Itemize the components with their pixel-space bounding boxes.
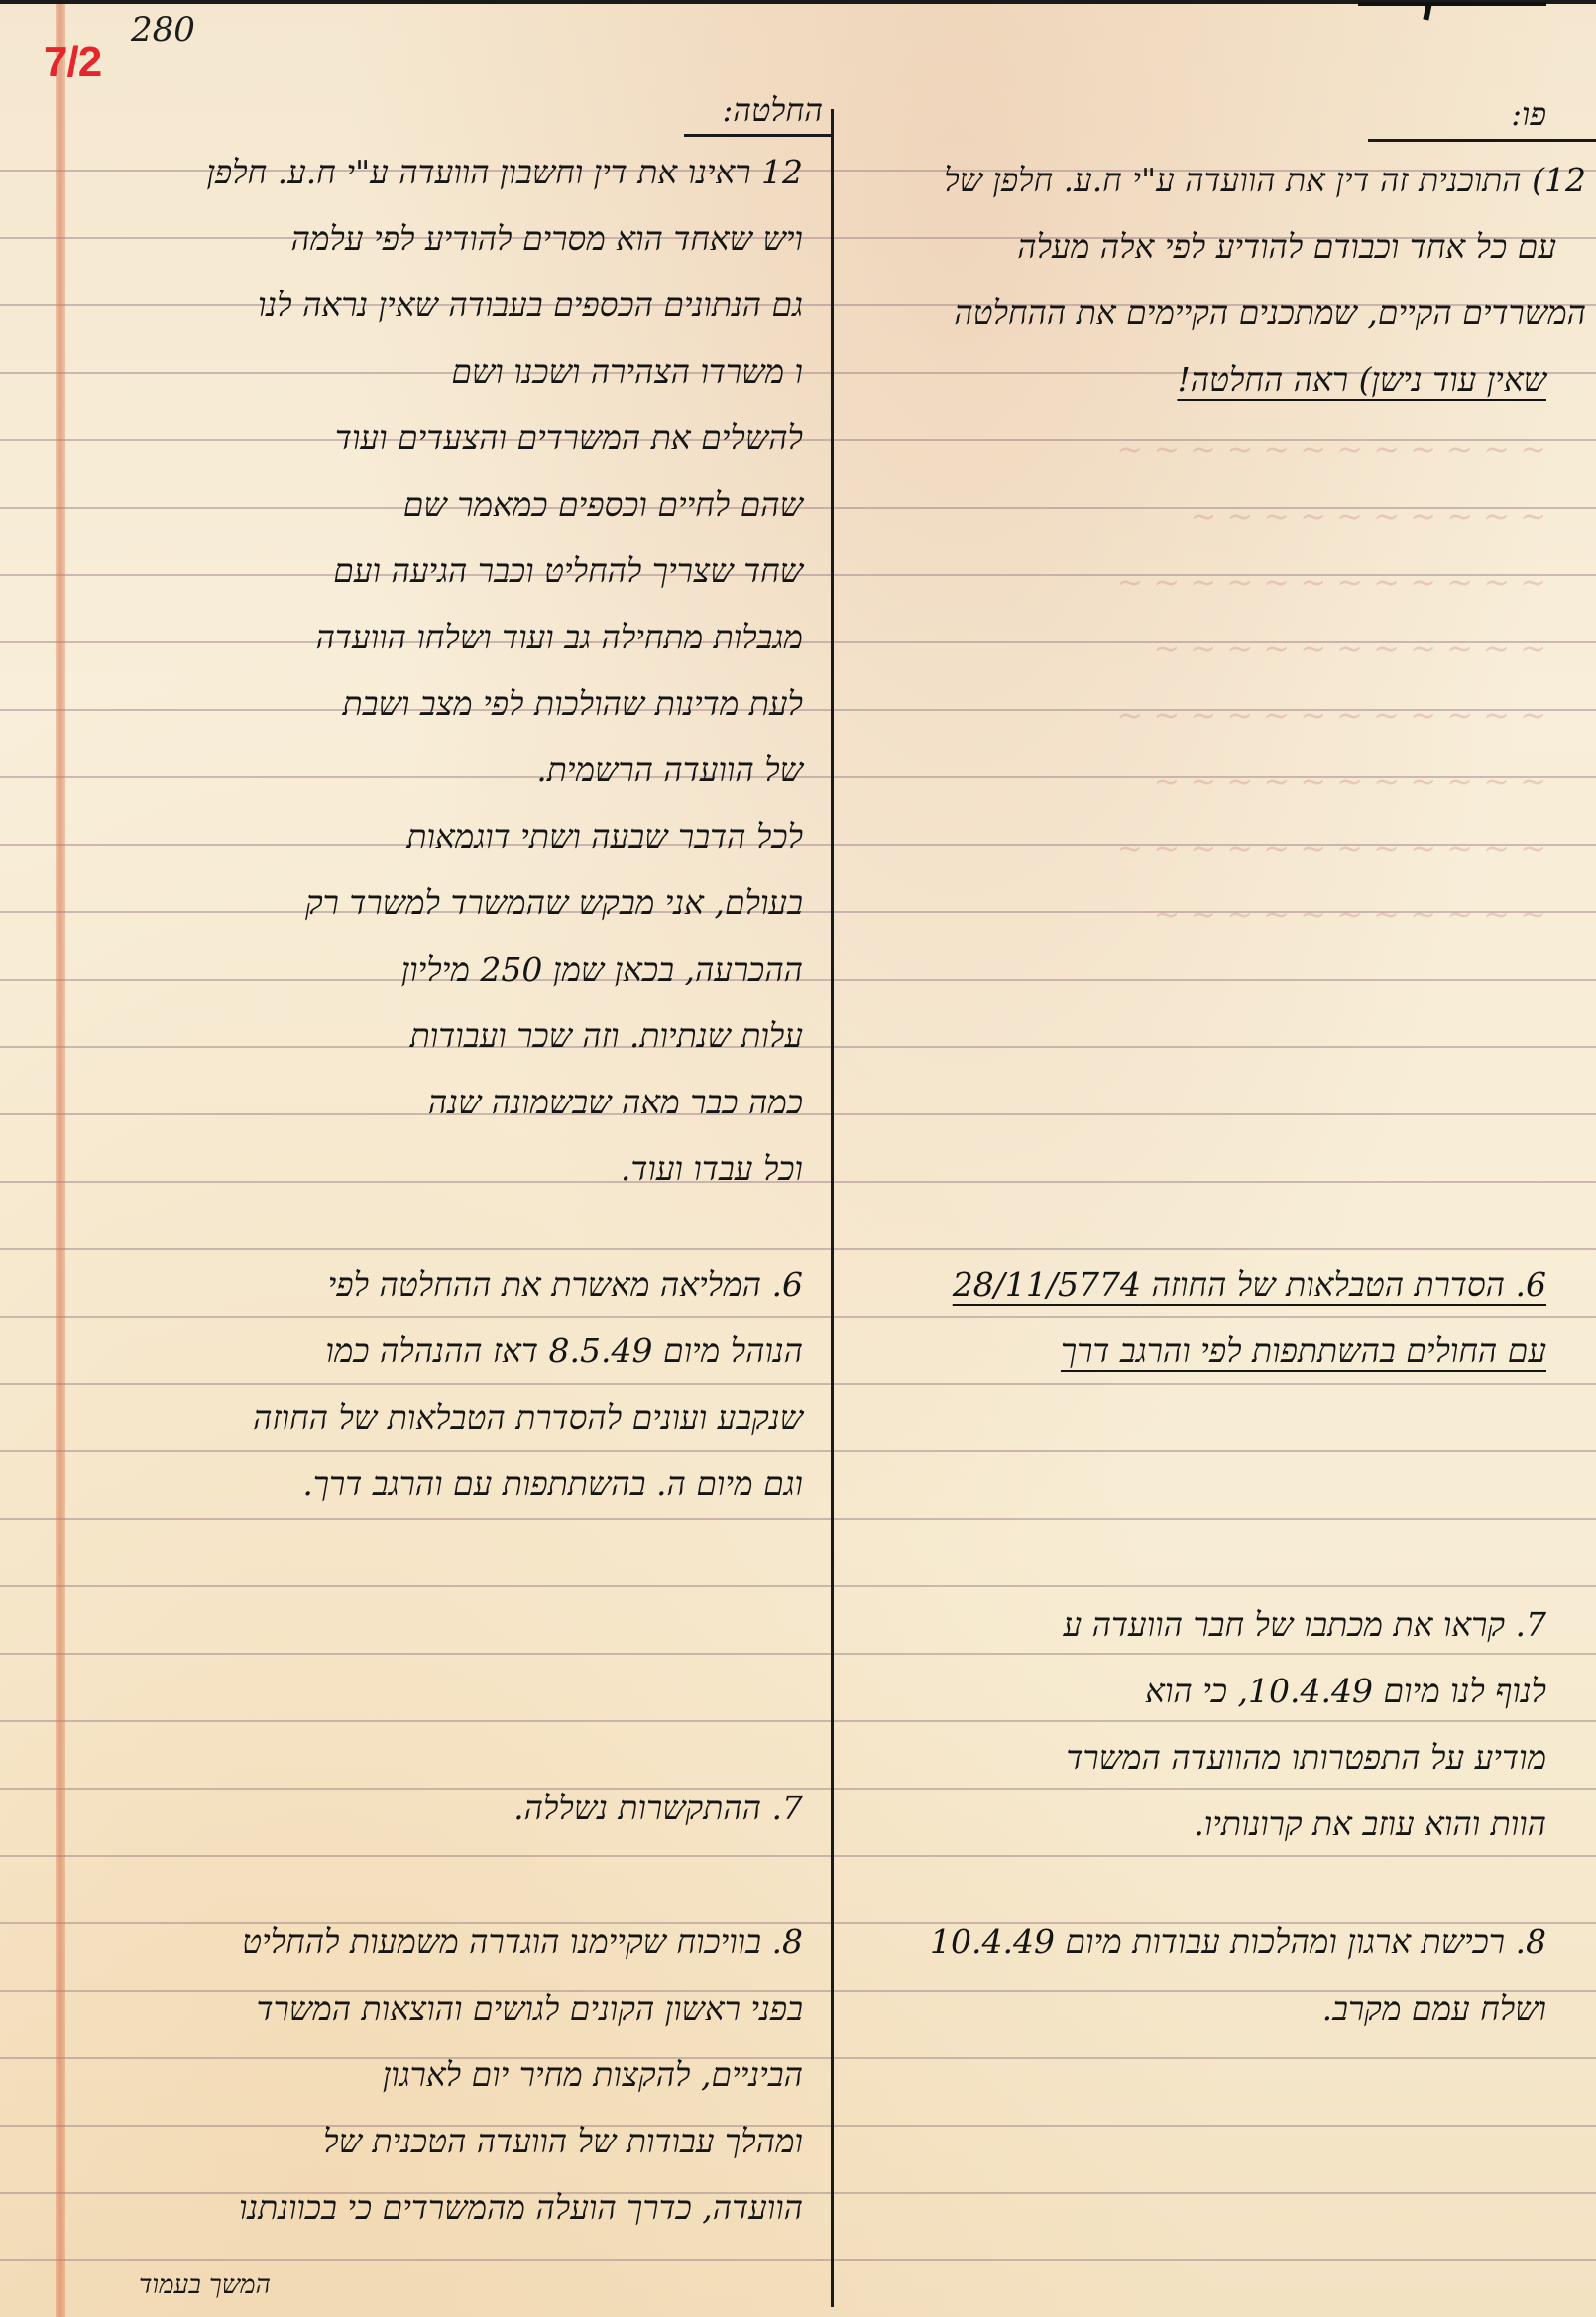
right-line: לנוף לנו מיום 10.4.49, כי הוא bbox=[853, 1658, 1546, 1724]
right-line: 8. רכישת ארגון ומהלכות עבודות מיום 10.4.… bbox=[843, 1909, 1546, 1975]
right-line-underlined: 6. הסדרת הטבלאות של החוזה 28/11/5774 bbox=[853, 1251, 1546, 1318]
left-line: גם הנתונים הכספים בעבודה שאין נראה לנו bbox=[89, 272, 803, 338]
right-column-heading: פו: bbox=[1388, 81, 1546, 148]
left-line: ההכרעה, בכאן שמן 250 מיליון bbox=[89, 936, 803, 1002]
left-line: 12 ראינו את דין וחשבון הוועדה ע"י ח.ע. ח… bbox=[89, 139, 803, 205]
left-line: כמה כבר מאה שבשמונה שנה bbox=[89, 1069, 803, 1135]
left-line: שנקבע ועונים להסדרת הטבלאות של החוזה bbox=[89, 1384, 803, 1450]
red-margin-line bbox=[56, 0, 65, 2317]
right-line-underlined: עם החולים בהשתתפות לפי והרגב דרך bbox=[853, 1318, 1546, 1384]
left-line: ויש שאחד הוא מסרים להודיע לפי עלמה bbox=[89, 205, 803, 272]
left-line: הנוהל מיום 8.5.49 דאז ההנהלה כמו bbox=[89, 1318, 803, 1384]
right-line: המשרדים הקיים, שמתכנים הקיימים את ההחלטה bbox=[853, 280, 1586, 346]
continued-note: המשך בעמוד bbox=[139, 2270, 271, 2300]
right-line: 7. קראו את מכתבו של חבר הוועדה ע bbox=[853, 1591, 1546, 1658]
bleed-through-text: ~ ~ ~ ~ ~ ~ ~ ~ ~ ~ ~ ~ ~ ~ ~ ~ ~ ~ ~ ~ … bbox=[892, 416, 1546, 948]
left-line: ו משרדו הצהירה ושכנו ושם bbox=[89, 338, 803, 405]
left-line: מגבלות מתחילה גב ועוד ושלחו הוועדה bbox=[89, 604, 803, 670]
left-column-heading: החלטה: bbox=[634, 77, 823, 144]
left-line: לכל הדבר שבעה ושתי דוגמאות bbox=[89, 803, 803, 869]
right-line: מודיע על התפטרותו מהוועדה המשרד bbox=[843, 1724, 1546, 1791]
left-line: שהם לחיים וכספים כמאמר שם bbox=[89, 471, 803, 537]
left-line: 6. המליאה מאשרת את ההחלטה לפי bbox=[89, 1251, 803, 1318]
left-line: וכל עבדו ועוד. bbox=[89, 1135, 803, 1202]
left-line: בפני ראשון הקונים לגושים והוצאות המשרד bbox=[69, 1975, 803, 2041]
left-line: עלות שנתיות. וזה שכר ועבודות bbox=[89, 1002, 803, 1069]
archive-stamp-label: 7/2 bbox=[44, 38, 101, 87]
right-line-underlined: שאין עוד נישן) ראה החלטה! bbox=[853, 346, 1546, 412]
page-number: 280 bbox=[131, 10, 195, 50]
left-line: לעת מדינות שהולכות לפי מצב ושבת bbox=[89, 670, 803, 737]
right-line: ושלח עמם מקרב. bbox=[853, 1975, 1546, 2041]
right-line: הוות והוא עוזב את קרונותיו. bbox=[853, 1791, 1546, 1857]
left-line: בעולם, אני מבקש שהמשרד למשרד רק bbox=[89, 869, 803, 936]
left-line: ומהלך עבודות של הוועדה הטכנית של bbox=[69, 2108, 803, 2174]
left-line: הוועדה, כדרך הועלה מהמשרדים כי בכוונתנו bbox=[50, 2174, 803, 2241]
left-line: של הוועדה הרשמית. bbox=[89, 737, 803, 803]
scan-edge bbox=[0, 0, 1596, 4]
left-line: וגם מיום ה. בהשתתפות עם והרגב דרך. bbox=[89, 1450, 803, 1517]
left-line: להשלים את המשרדים והצעדים ועוד bbox=[89, 405, 803, 471]
left-line: 7. ההתקשרות נשללה. bbox=[89, 1775, 803, 1841]
scanned-page: 7/2 280 ~ ~ ~ ~ ~ ~ ~ ~ ~ ~ ~ ~ ~ ~ ~ ~ … bbox=[0, 0, 1596, 2317]
left-line: 8. בוויכוח שקיימנו הוגדרה משמעות להחליט bbox=[69, 1909, 803, 1975]
left-line: שחד שצריך להחליט וכבר הגיעה ועם bbox=[89, 537, 803, 604]
right-line: עם כל אחד וכבודם להודיע לפי אלה מעלה bbox=[853, 213, 1556, 280]
corner-ink-tick bbox=[1423, 4, 1431, 21]
column-divider bbox=[831, 109, 834, 2307]
right-line: 12) התוכנית זה דין את הוועדה ע"י ח.ע. חל… bbox=[853, 147, 1586, 213]
left-line: הביניים, להקצות מחיר יום לארגון bbox=[69, 2041, 803, 2108]
corner-ink-stroke bbox=[1358, 2, 1546, 6]
